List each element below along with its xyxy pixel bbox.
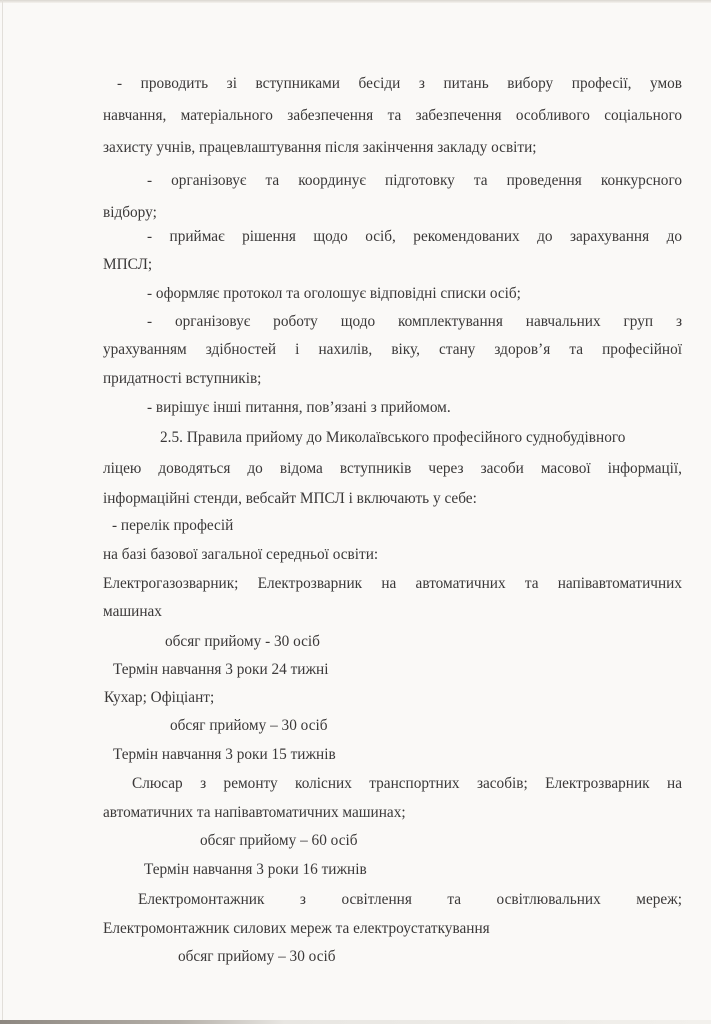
page-left-edge bbox=[2, 0, 3, 1024]
page-bottom-edge bbox=[0, 1020, 711, 1024]
text-line: - організовує та координує підготовку та… bbox=[147, 172, 682, 190]
enrollment-volume-line: обсяг прийому – 30 осіб bbox=[178, 948, 336, 966]
text-line: - оформляє протокол та оголошує відповід… bbox=[147, 285, 521, 303]
scanned-page: - проводить зі вступниками бесіди з пита… bbox=[0, 0, 711, 1024]
text-line: інформаційні стенди, вебсайт МПСЛ і вклю… bbox=[103, 490, 477, 508]
text-line: - організовує роботу щодо комплектування… bbox=[147, 313, 682, 331]
study-duration-line: Термін навчання 3 роки 15 тижнів bbox=[113, 746, 336, 764]
text-line: урахуванням здібностей і нахилів, віку, … bbox=[103, 341, 682, 359]
profession-line: Слюсар з ремонту колісних транспортних з… bbox=[132, 775, 682, 793]
profession-line: автоматичних та напівавтоматичних машина… bbox=[103, 804, 406, 822]
text-line: навчання, матеріального забезпечення та … bbox=[103, 107, 682, 125]
enrollment-volume-line: обсяг прийому – 30 осіб bbox=[170, 717, 328, 735]
profession-line: Електрогазозварник; Електрозварник на ав… bbox=[103, 575, 682, 593]
enrollment-volume-line: обсяг прийому – 60 осіб bbox=[200, 832, 358, 850]
text-line: на базі базової загальної середньої осві… bbox=[103, 546, 378, 564]
study-duration-line: Термін навчання 3 роки 24 тижні bbox=[113, 661, 328, 679]
section-heading-line: 2.5. Правила прийому до Миколаївського п… bbox=[160, 429, 625, 447]
list-item-line: - перелік професій bbox=[112, 517, 233, 535]
text-line: відбору; bbox=[103, 204, 157, 222]
enrollment-volume-line: обсяг прийому - 30 осіб bbox=[165, 633, 320, 651]
profession-line: Електромонтажник силових мереж та електр… bbox=[103, 920, 490, 938]
profession-line: машинах bbox=[103, 603, 162, 621]
text-line: придатності вступників; bbox=[103, 370, 261, 388]
text-line: - приймає рішення щодо осіб, рекомендова… bbox=[147, 228, 682, 246]
text-line: МПСЛ; bbox=[103, 256, 152, 274]
text-line: захисту учнів, працевлаштування після за… bbox=[103, 139, 537, 157]
profession-line: Електромонтажник з освітлення та освітлю… bbox=[138, 891, 682, 909]
study-duration-line: Термін навчання 3 роки 16 тижнів bbox=[144, 861, 367, 879]
text-line: - вирішує інші питання, пов’язані з прий… bbox=[147, 399, 451, 417]
page-top-edge bbox=[0, 0, 711, 3]
text-line: - проводить зі вступниками бесіди з пита… bbox=[117, 75, 682, 93]
profession-line: Кухар; Офіціант; bbox=[104, 689, 214, 707]
text-line: ліцею доводяться до відома вступників че… bbox=[103, 460, 682, 478]
